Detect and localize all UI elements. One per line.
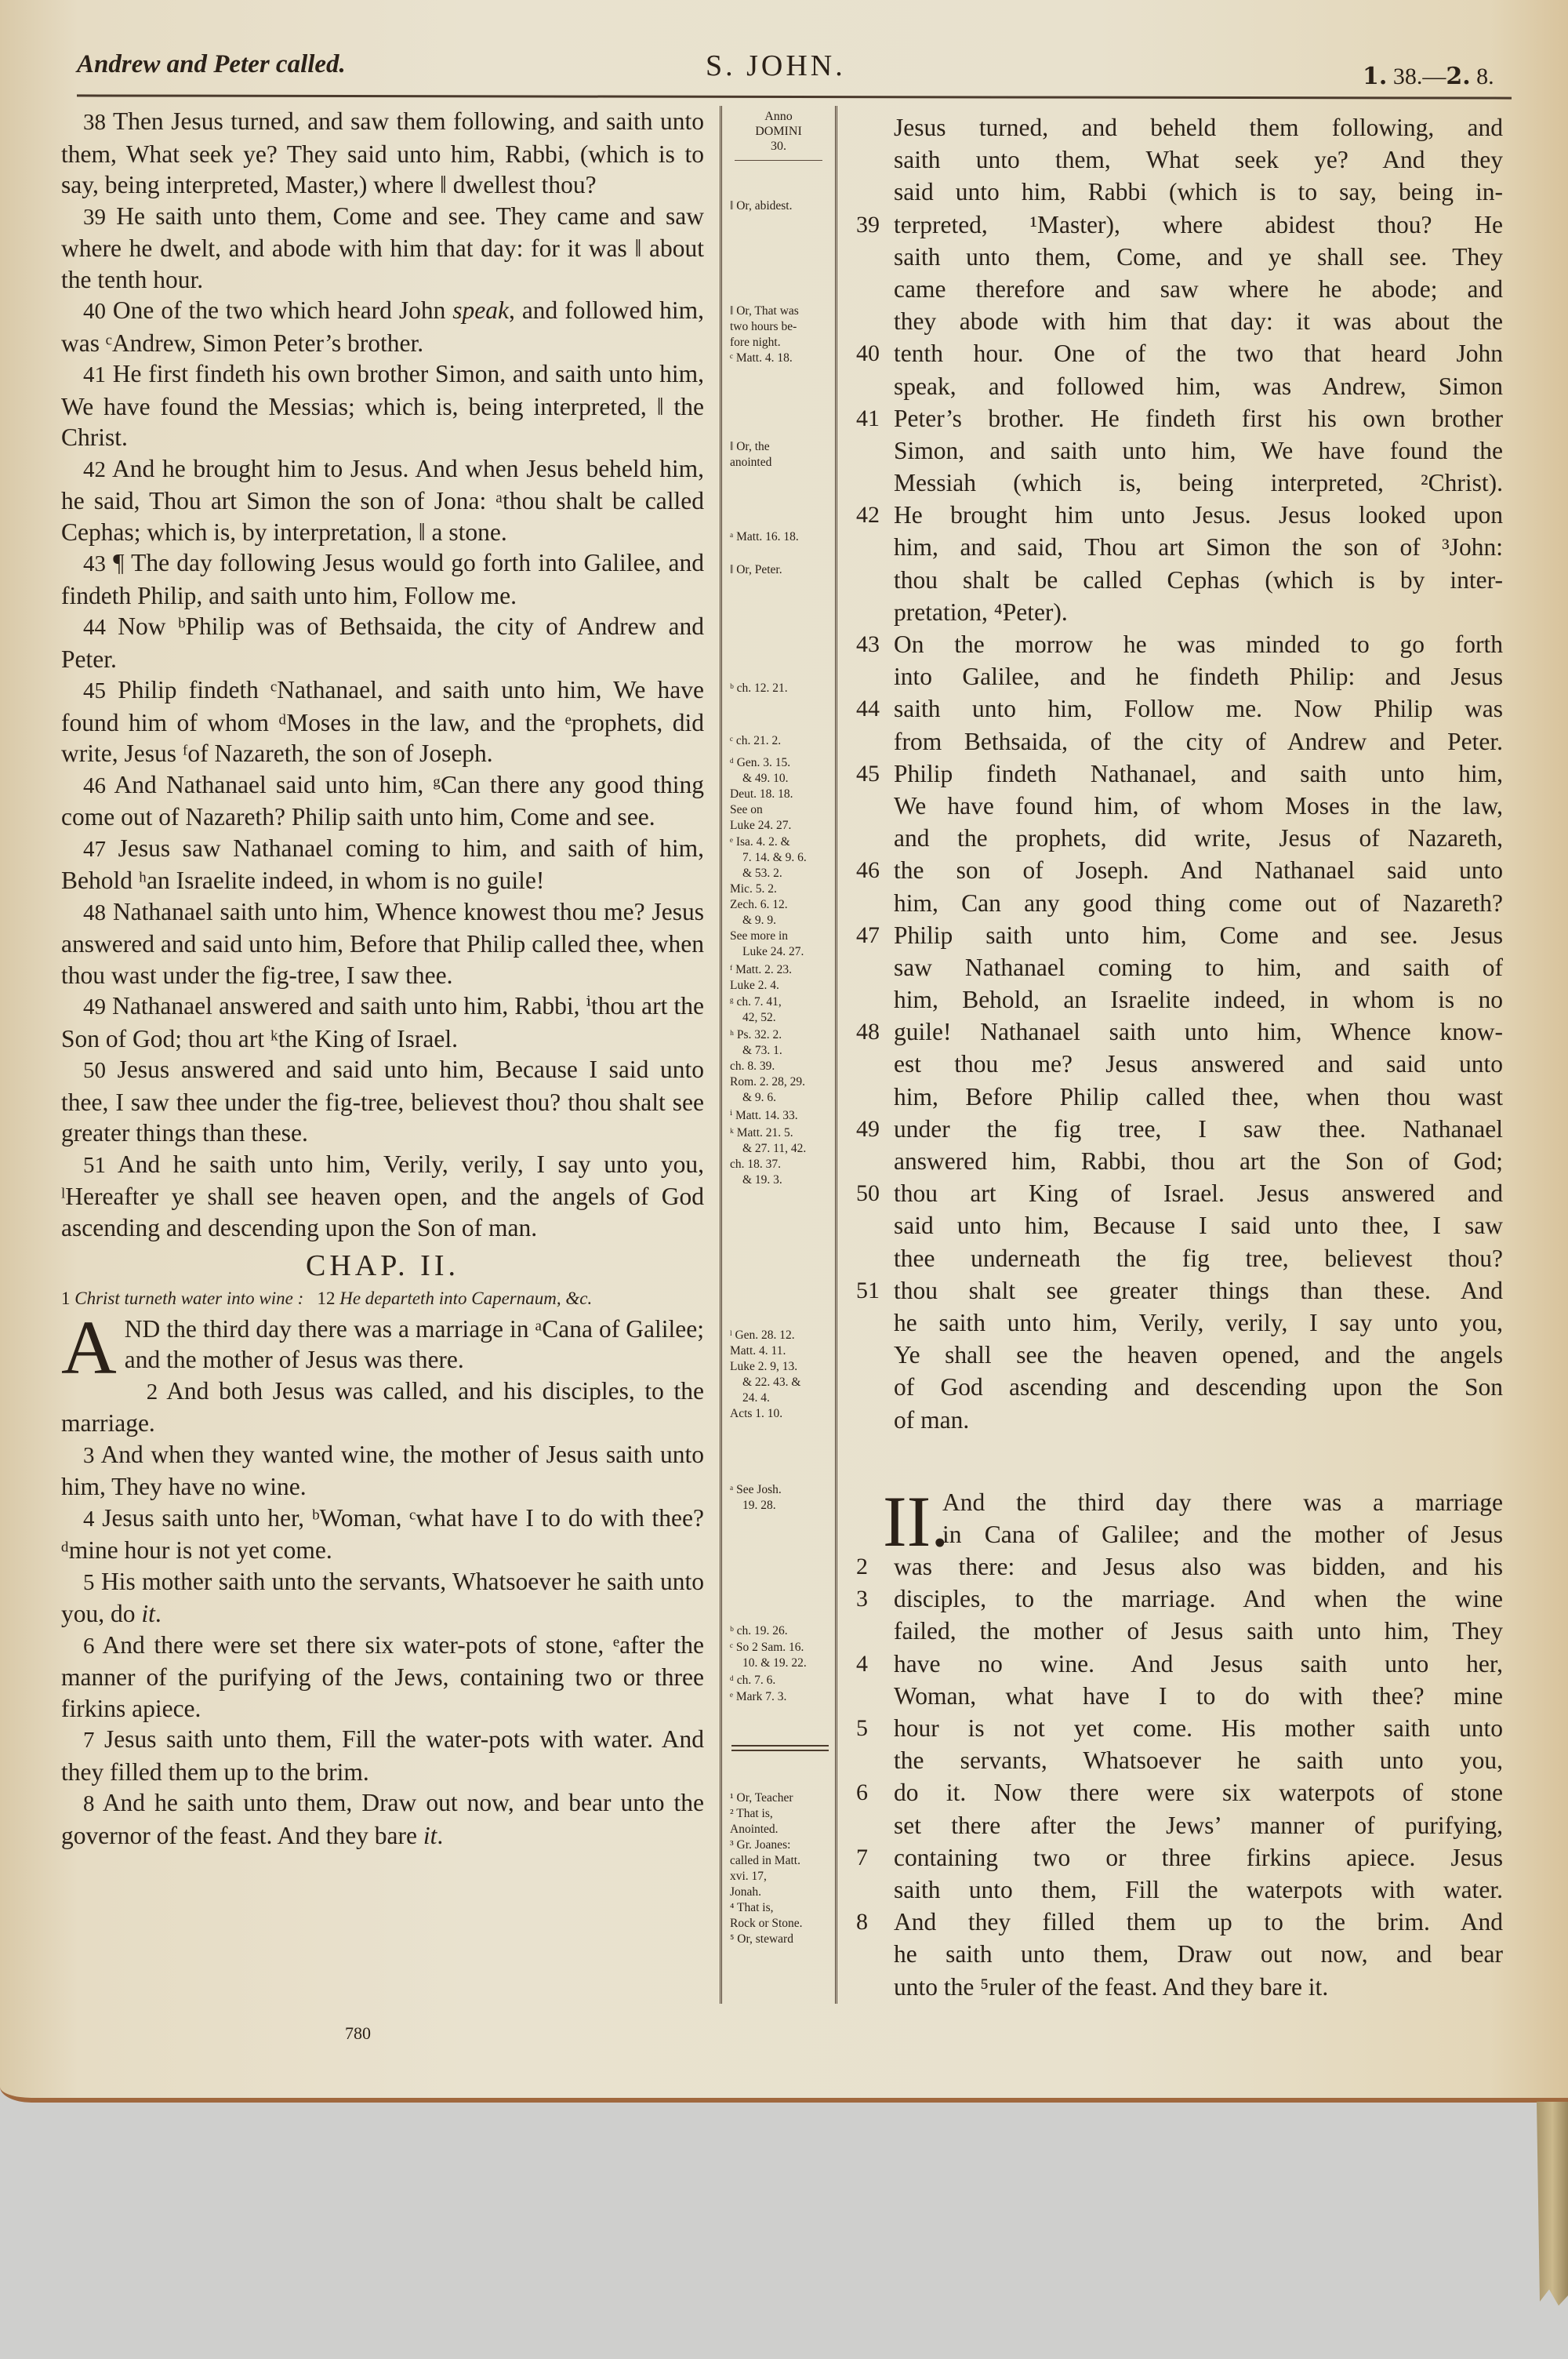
verse-number: 43 — [83, 551, 106, 576]
verse-number: 39 — [83, 205, 106, 230]
reference-line: 7. 14. & 9. 6. — [730, 850, 833, 866]
line-text: pretation, ⁴Peter). — [894, 598, 1068, 626]
reference-line: Luke 2. 4. — [730, 978, 833, 994]
line-text: saith unto them, Come, and ye shall see.… — [894, 243, 1503, 271]
line-text: est thou me? Jesus answered and said unt… — [894, 1050, 1503, 1078]
line-text: into Galilee, and he findeth Philip: and… — [894, 663, 1503, 690]
anno-label: Anno — [735, 109, 822, 124]
reference-line: ³ Gr. Joanes: — [730, 1837, 833, 1853]
verse-text: One of the two which heard John — [113, 296, 452, 324]
reference-line: Matt. 4. 11. — [730, 1343, 833, 1359]
reference-line: ˡ Gen. 28. 12. — [730, 1328, 833, 1343]
line-text: Ye shall see the heaven opened, and the … — [894, 1341, 1503, 1369]
reference-note: ᵇ ch. 19. 26. — [730, 1623, 833, 1639]
reference-line: & 9. 9. — [730, 913, 833, 929]
verse-text: And both Jesus was called, and his disci… — [61, 1377, 704, 1438]
line-text: the son of Joseph. And Nathanael said un… — [894, 856, 1503, 884]
reference-note: ᵏ Matt. 21. 5. & 27. 11, 42.ch. 18. 37. … — [730, 1125, 833, 1188]
line-text: the servants, Whatsoever he saith unto y… — [894, 1747, 1503, 1774]
text-line: he saith unto him, Verily, verily, I say… — [856, 1307, 1503, 1339]
text-line: thou shalt be called Cephas (which is by… — [856, 564, 1503, 596]
reference-line: Rom. 2. 28, 29. — [730, 1074, 833, 1090]
reference-line: Rock or Stone. — [730, 1916, 833, 1932]
verse: 45 Philip findeth ᶜNathanael, and saith … — [61, 674, 704, 769]
range-chapter-end: 2. — [1446, 63, 1470, 90]
verse-number: 38 — [83, 110, 106, 135]
reference-line: 19. 28. — [730, 1498, 833, 1514]
line-text: him, and said, Thou art Simon the son of… — [894, 533, 1503, 561]
reference-line: & 53. 2. — [730, 866, 833, 881]
text-line: 49under the fig tree, I saw thee. Nathan… — [856, 1113, 1503, 1145]
verse: 50 Jesus answered and said unto him, Bec… — [61, 1054, 704, 1149]
verse-text: And he saith unto him, Verily, verily, I… — [61, 1150, 704, 1241]
verse-text: And he brought him to Jesus. And when Je… — [61, 455, 704, 546]
line-text: Simon, and saith unto him, We have found… — [894, 437, 1503, 464]
line-text: in Cana of Galilee; and the mother of Je… — [942, 1521, 1503, 1548]
text-line: him, Before Philip called thee, when tho… — [856, 1081, 1503, 1113]
verse: 48 Nathanael saith unto him, Whence know… — [61, 896, 704, 991]
line-text: speak, and followed him, was Andrew, Sim… — [894, 373, 1503, 400]
verse-italic: it — [423, 1822, 437, 1849]
range-verse-end: 8. — [1471, 64, 1494, 89]
verse-text: Jesus answered and said unto him, Becaus… — [61, 1056, 704, 1147]
reference-line: ᶠ Matt. 2. 23. — [730, 962, 833, 978]
reference-line: & 19. 3. — [730, 1172, 833, 1188]
reference-line: ᵇ ch. 19. 26. — [730, 1623, 833, 1639]
verse-number: 45 — [83, 678, 106, 703]
reference-note: ᵉ Mark 7. 3. — [730, 1689, 833, 1705]
verse-text: Then Jesus turned, and saw them followin… — [61, 107, 704, 198]
reference-line: ᵍ ch. 7. 41, — [730, 994, 833, 1010]
reference-line: ᵈ ch. 7. 6. — [730, 1673, 833, 1688]
verse-number: 46 — [83, 773, 106, 798]
verse-number: 7 — [856, 1841, 868, 1874]
reference-line: Mic. 5. 2. — [730, 881, 833, 897]
line-text: saith unto him, Follow me. Now Philip wa… — [894, 695, 1503, 722]
text-line: answered him, Rabbi, thou art the Son of… — [856, 1145, 1503, 1177]
verse-number: 48 — [856, 1016, 880, 1048]
verse-text: . — [155, 1600, 162, 1627]
verse-number: 51 — [856, 1274, 880, 1307]
line-text: under the fig tree, I saw thee. Nathanae… — [894, 1115, 1503, 1143]
range-verse-start: 38.— — [1387, 64, 1446, 89]
reference-line: Luke 24. 27. — [730, 818, 833, 834]
verse-number: 8 — [856, 1906, 868, 1938]
line-text: terpreted, ¹Master), where abidest thou?… — [894, 211, 1503, 238]
verse-range: 1. 38.—2. 8. — [1363, 63, 1494, 90]
text-line: 5hour is not yet come. His mother saith … — [856, 1712, 1503, 1744]
reference-note: ᵍ ch. 7. 41, 42, 52. — [730, 994, 833, 1026]
verse-italic: speak — [452, 296, 509, 324]
verse-text: Jesus saw Nathanael coming to him, and s… — [61, 834, 704, 895]
line-text: thee underneath the fig tree, believest … — [894, 1245, 1503, 1272]
verse: 40 One of the two which heard John speak… — [61, 295, 704, 358]
reference-line: ⁴ That is, — [730, 1900, 833, 1916]
reference-line: ᵃ Matt. 16. 18. — [730, 529, 833, 545]
verse-text: And there were set there six water-pots … — [61, 1631, 704, 1722]
domini-label: DOMINI — [735, 124, 822, 139]
verse-number: 3 — [856, 1583, 868, 1615]
line-text: containing two or three firkins apiece. … — [894, 1844, 1503, 1871]
text-line: set there after the Jews’ manner of puri… — [856, 1809, 1503, 1841]
verse-text: Philip findeth ᶜNathanael, and saith unt… — [61, 676, 704, 767]
verse: 2 And both Jesus was called, and his dis… — [61, 1376, 704, 1439]
text-line: him, Can any good thing come out of Naza… — [856, 887, 1503, 919]
text-line: 41Peter’s brother. He findeth first his … — [856, 402, 1503, 434]
text-line: of God ascending and descending upon the… — [856, 1371, 1503, 1403]
reference-note: ᵃ See Josh. 19. 28. — [730, 1482, 833, 1514]
text-line: Jesus turned, and beheld them following,… — [856, 111, 1503, 144]
verse: 8 And he saith unto them, Draw out now, … — [61, 1787, 704, 1851]
verse-number: 47 — [83, 837, 106, 862]
verse: 4 Jesus saith unto her, ᵇWoman, ᶜwhat ha… — [61, 1503, 704, 1566]
text-line: 42He brought him unto Jesus. Jesus looke… — [856, 499, 1503, 531]
text-line: in Cana of Galilee; and the mother of Je… — [856, 1518, 1503, 1550]
verse-number: 2 — [147, 1379, 158, 1405]
text-line: saw Nathanael coming to him, and saith o… — [856, 951, 1503, 983]
chapter2-lines: And the third day there was a marriagein… — [856, 1486, 1503, 2003]
verse: 43 ¶ The day following Jesus would go fo… — [61, 547, 704, 611]
reference-line: Acts 1. 10. — [730, 1406, 833, 1422]
reference-line: two hours be- — [730, 319, 833, 335]
summary-verse-number: 12 — [317, 1289, 335, 1308]
reference-line: Jonah. — [730, 1885, 833, 1900]
text-line: 8And they filled them up to the brim. An… — [856, 1906, 1503, 1938]
verse-text: Jesus saith unto them, Fill the water-po… — [61, 1725, 704, 1786]
line-text: him, Can any good thing come out of Naza… — [894, 889, 1503, 917]
text-line: the servants, Whatsoever he saith unto y… — [856, 1744, 1503, 1776]
text-line: 4have no wine. And Jesus saith unto her, — [856, 1648, 1503, 1680]
reference-line: ‖ Or, abidest. — [730, 198, 833, 214]
line-text: We have found him, of whom Moses in the … — [894, 792, 1503, 820]
page-topic-title: Andrew and Peter called. — [77, 50, 346, 79]
reference-line: xvi. 17, — [730, 1869, 833, 1885]
reference-line: ᵉ Mark 7. 3. — [730, 1689, 833, 1705]
text-line: And the third day there was a marriage — [856, 1486, 1503, 1518]
verse-number: 4 — [83, 1507, 95, 1532]
reference-line: ᶜ ch. 21. 2. — [730, 733, 833, 749]
verse-number: 4 — [856, 1648, 868, 1680]
reference-note: ʰ Ps. 32. 2. & 73. 1.ch. 8. 39.Rom. 2. 2… — [730, 1027, 833, 1106]
running-head: Andrew and Peter called. S. JOHN. 1. 38.… — [0, 45, 1568, 93]
verse: 47 Jesus saw Nathanael coming to him, an… — [61, 833, 704, 896]
verse-number: 5 — [83, 1570, 95, 1595]
text-line: said unto him, Rabbi (which is to say, b… — [856, 176, 1503, 208]
reference-line: ʰ Ps. 32. 2. — [730, 1027, 833, 1043]
verse-italic: it — [141, 1600, 155, 1627]
text-line: Messiah (which is, being interpreted, ²C… — [856, 467, 1503, 499]
reference-line: 24. 4. — [730, 1390, 833, 1406]
line-text: him, Behold, an Israelite indeed, in who… — [894, 986, 1503, 1013]
text-line: 48guile! Nathanael saith unto him, Whenc… — [856, 1016, 1503, 1048]
line-text: have no wine. And Jesus saith unto her, — [894, 1650, 1503, 1677]
text-line: saith unto them, What seek ye? And they — [856, 144, 1503, 176]
verse: AND the third day there was a marriage i… — [61, 1314, 704, 1376]
reference-note: ⁱ Matt. 14. 33. — [730, 1108, 833, 1124]
reference-line: ᶜ Matt. 4. 18. — [730, 351, 833, 366]
text-line: 40tenth hour. One of the two that heard … — [856, 337, 1503, 369]
verse-number: 49 — [856, 1113, 880, 1145]
verse-text: ND the third day there was a marriage in… — [125, 1315, 704, 1374]
verse: 39 He saith unto them, Come and see. The… — [61, 201, 704, 296]
verse: 51 And he saith unto him, Verily, verily… — [61, 1149, 704, 1244]
line-text: He brought him unto Jesus. Jesus looked … — [894, 501, 1503, 529]
reference-note: ‖ Or, abidest. — [730, 198, 833, 214]
line-text: him, Before Philip called thee, when tho… — [894, 1083, 1503, 1110]
chapter2-block: II. And the third day there was a marria… — [856, 1486, 1503, 2003]
text-line: We have found him, of whom Moses in the … — [856, 790, 1503, 822]
verse: 44 Now ᵇPhilip was of Bethsaida, the cit… — [61, 611, 704, 674]
text-line: Simon, and saith unto him, We have found… — [856, 434, 1503, 467]
verse-number: 50 — [83, 1058, 106, 1083]
line-text: answered him, Rabbi, thou art the Son of… — [894, 1147, 1503, 1175]
chapter-heading: CHAP. II. — [61, 1251, 704, 1282]
reference-line: Anointed. — [730, 1822, 833, 1837]
verse-number: 43 — [856, 628, 880, 660]
verse-text: And he saith unto them, Draw out now, an… — [61, 1789, 704, 1849]
reference-line: & 9. 6. — [730, 1090, 833, 1106]
line-text: thou shalt see greater things than these… — [894, 1277, 1503, 1304]
text-line: they abode with him that day: it was abo… — [856, 305, 1503, 337]
text-line: failed, the mother of Jesus saith unto h… — [856, 1615, 1503, 1647]
verse-number: 42 — [856, 499, 880, 531]
line-text: guile! Nathanael saith unto him, Whence … — [894, 1018, 1503, 1045]
verse-text: He first findeth his own brother Simon, … — [61, 360, 704, 451]
text-line: 3disciples, to the marriage. And when th… — [856, 1583, 1503, 1615]
verse: 5 His mother saith unto the servants, Wh… — [61, 1566, 704, 1630]
line-text: tenth hour. One of the two that heard Jo… — [894, 340, 1503, 367]
reference-line: Zech. 6. 12. — [730, 897, 833, 913]
text-line: said unto him, Because I said unto thee,… — [856, 1209, 1503, 1241]
verse-number: 3 — [83, 1443, 95, 1468]
reference-line: ‖ Or, That was — [730, 304, 833, 319]
verse-number: 49 — [83, 994, 106, 1020]
reference-line: ⁵ Or, steward — [730, 1932, 833, 1947]
drop-cap: A — [61, 1317, 117, 1379]
verse-text: And when they wanted wine, the mother of… — [61, 1441, 704, 1501]
text-line: 6do it. Now there were six waterpots of … — [856, 1776, 1503, 1808]
line-text: thou shalt be called Cephas (which is by… — [894, 566, 1503, 594]
reference-note: ᵈ ch. 7. 6. — [730, 1673, 833, 1688]
verse-text: Nathanael answered and saith unto him, R… — [61, 992, 704, 1052]
line-text: saith unto them, What seek ye? And they — [894, 146, 1503, 173]
reference-line: See on — [730, 802, 833, 818]
line-text: they abode with him that day: it was abo… — [894, 307, 1503, 335]
book-title: S. JOHN. — [706, 49, 846, 83]
reference-line: & 49. 10. — [730, 771, 833, 787]
line-text: came therefore and saw where he abode; a… — [894, 275, 1503, 303]
text-line: from Bethsaida, of the city of Andrew an… — [856, 725, 1503, 758]
reference-line: ᶜ So 2 Sam. 16. — [730, 1640, 833, 1656]
verse-number: 7 — [83, 1728, 95, 1753]
bookmark-ribbon — [1537, 2102, 1568, 2306]
text-line: thee underneath the fig tree, believest … — [856, 1242, 1503, 1274]
reference-line: called in Matt. — [730, 1853, 833, 1869]
verse: 46 And Nathanael said unto him, ᵍCan the… — [61, 769, 704, 833]
verse-number: 44 — [856, 692, 880, 725]
line-text: of God ascending and descending upon the… — [894, 1373, 1503, 1401]
verse: 3 And when they wanted wine, the mother … — [61, 1439, 704, 1503]
text-line: him, and said, Thou art Simon the son of… — [856, 531, 1503, 563]
reference-line: ᵈ Gen. 3. 15. — [730, 755, 833, 771]
line-text: Philip findeth Nathanael, and saith unto… — [894, 760, 1503, 787]
verse-text: He saith unto them, Come and see. They c… — [61, 202, 704, 293]
chapter-summary: 1 Christ turneth water into wine : 12 He… — [61, 1287, 704, 1310]
verse-number: 46 — [856, 854, 880, 886]
reference-note: ᵇ ch. 12. 21. — [730, 681, 833, 696]
reference-note: ᵉ Isa. 4. 2. & 7. 14. & 9. 6. & 53. 2.Mi… — [730, 834, 833, 960]
text-line: him, Behold, an Israelite indeed, in who… — [856, 983, 1503, 1016]
text-line: 47Philip saith unto him, Come and see. J… — [856, 919, 1503, 951]
reference-line: ᵏ Matt. 21. 5. — [730, 1125, 833, 1141]
reference-line: Luke 2. 9, 13. — [730, 1359, 833, 1375]
reference-line: anointed — [730, 455, 833, 471]
reference-line: ⁱ Matt. 14. 33. — [730, 1108, 833, 1124]
reference-line: Deut. 18. 18. — [730, 787, 833, 802]
reference-line: ᵉ Isa. 4. 2. & — [730, 834, 833, 850]
chapter1-lines: Jesus turned, and beheld them following,… — [856, 111, 1503, 1436]
text-line: into Galilee, and he findeth Philip: and… — [856, 660, 1503, 692]
line-text: unto the ⁵ruler of the feast. And they b… — [894, 1973, 1328, 2001]
reference-note: ¹ Or, Teacher² That is,Anointed.³ Gr. Jo… — [730, 1790, 833, 1947]
text-line: 43On the morrow he was minded to go fort… — [856, 628, 1503, 660]
text-line: 7containing two or three firkins apiece.… — [856, 1841, 1503, 1874]
text-line: and the prophets, did write, Jesus of Na… — [856, 822, 1503, 854]
verse-number: 47 — [856, 919, 880, 951]
line-text: disciples, to the marriage. And when the… — [894, 1585, 1503, 1612]
verse-number: 44 — [83, 615, 106, 640]
verse-number: 48 — [83, 900, 106, 925]
reference-line: ‖ Or, the — [730, 439, 833, 455]
line-text: from Bethsaida, of the city of Andrew an… — [894, 728, 1503, 755]
text-line: came therefore and saw where he abode; a… — [856, 273, 1503, 305]
kjv-column: 38 Then Jesus turned, and saw them follo… — [61, 106, 704, 1851]
reference-line: & 22. 43. & — [730, 1375, 833, 1390]
verse: 41 He first findeth his own brother Simo… — [61, 358, 704, 453]
verse-number: 41 — [83, 362, 106, 387]
reference-note: ᶠ Matt. 2. 23.Luke 2. 4. — [730, 962, 833, 994]
verse-number: 41 — [856, 402, 880, 434]
verse-number: 2 — [856, 1550, 868, 1583]
line-text: said unto him, Because I said unto thee,… — [894, 1212, 1503, 1239]
verse-number: 5 — [856, 1712, 868, 1744]
line-text: thou art King of Israel. Jesus answered … — [894, 1179, 1503, 1207]
text-line: 45Philip findeth Nathanael, and saith un… — [856, 758, 1503, 790]
text-line: 46the son of Joseph. And Nathanael said … — [856, 854, 1503, 886]
revised-version-column: Jesus turned, and beheld them following,… — [856, 111, 1503, 2003]
text-line: 44saith unto him, Follow me. Now Philip … — [856, 692, 1503, 725]
range-chapter-start: 1. — [1363, 63, 1387, 90]
verse: 38 Then Jesus turned, and saw them follo… — [61, 106, 704, 201]
line-text: Peter’s brother. He findeth first his ow… — [894, 405, 1503, 432]
text-line: speak, and followed him, was Andrew, Sim… — [856, 370, 1503, 402]
line-text: and the prophets, did write, Jesus of Na… — [894, 824, 1503, 852]
reference-line: ch. 8. 39. — [730, 1059, 833, 1074]
reference-line: ² That is, — [730, 1806, 833, 1822]
summary-text: He departeth into Capernaum, &c. — [339, 1289, 592, 1308]
text-line: saith unto them, Come, and ye shall see.… — [856, 241, 1503, 273]
reference-note: ˡ Gen. 28. 12.Matt. 4. 11.Luke 2. 9, 13.… — [730, 1328, 833, 1422]
reference-line: & 73. 1. — [730, 1043, 833, 1059]
reference-line: fore night. — [730, 335, 833, 351]
line-text: he saith unto them, Draw out now, and be… — [894, 1940, 1503, 1968]
line-text: do it. Now there were six waterpots of s… — [894, 1779, 1503, 1806]
reference-note: ᶜ ch. 21. 2. — [730, 733, 833, 749]
text-line: pretation, ⁴Peter). — [856, 596, 1503, 628]
verse: 6 And there were set there six water-pot… — [61, 1630, 704, 1725]
line-text: saw Nathanael coming to him, and saith o… — [894, 954, 1503, 981]
verse-text: And Nathanael said unto him, ᵍCan there … — [61, 771, 704, 831]
anno-domini: Anno DOMINI 30. — [735, 109, 822, 161]
line-text: Messiah (which is, being interpreted, ²C… — [894, 469, 1503, 496]
verse-number: 40 — [83, 299, 106, 324]
page-number: 780 — [345, 2023, 371, 2044]
verse: 42 And he brought him to Jesus. And when… — [61, 453, 704, 548]
line-text: On the morrow he was minded to go forth — [894, 631, 1503, 658]
line-text: And the third day there was a marriage — [942, 1488, 1503, 1516]
marginal-references: Anno DOMINI 30. ‖ Or, abidest.‖ Or, That… — [720, 106, 837, 2004]
verse-text: . — [437, 1822, 443, 1849]
verse-text: Nathanael saith unto him, Whence knowest… — [61, 898, 704, 989]
reference-line: See more in — [730, 929, 833, 944]
text-line: saith unto them, Fill the waterpots with… — [856, 1874, 1503, 1906]
line-text: of man. — [894, 1406, 969, 1434]
verse-number: 6 — [83, 1634, 95, 1659]
verse-number: 6 — [856, 1776, 868, 1808]
line-text: hour is not yet come. His mother saith u… — [894, 1714, 1503, 1742]
text-line: 51thou shalt see greater things than the… — [856, 1274, 1503, 1307]
verse-text: Now ᵇPhilip was of Bethsaida, the city o… — [61, 612, 704, 673]
verse-text: ¶ The day following Jesus would go forth… — [61, 549, 704, 609]
text-line: Woman, what have I to do with thee? mine — [856, 1680, 1503, 1712]
line-text: was there: and Jesus also was bidden, an… — [894, 1553, 1503, 1580]
verse: 7 Jesus saith unto them, Fill the water-… — [61, 1724, 704, 1787]
line-text: set there after the Jews’ manner of puri… — [894, 1812, 1503, 1839]
reference-note: ‖ Or, Peter. — [730, 562, 833, 578]
summary-text: Christ turneth water into wine : — [74, 1289, 303, 1308]
line-text: And they filled them up to the brim. And — [894, 1908, 1503, 1936]
verse-number: 51 — [83, 1153, 106, 1178]
reference-line: ᵃ See Josh. — [730, 1482, 833, 1498]
bible-page: Andrew and Peter called. S. JOHN. 1. 38.… — [0, 0, 1568, 2103]
reference-line: Luke 24. 27. — [730, 944, 833, 960]
reference-note: ‖ Or, theanointed — [730, 439, 833, 471]
line-text: said unto him, Rabbi (which is to say, b… — [894, 178, 1503, 205]
notes-divider — [731, 1745, 829, 1751]
reference-line: 42, 52. — [730, 1010, 833, 1026]
text-line: Ye shall see the heaven opened, and the … — [856, 1339, 1503, 1371]
verse: 49 Nathanael answered and saith unto him… — [61, 990, 704, 1054]
reference-line: 10. & 19. 22. — [730, 1656, 833, 1671]
text-line: 39terpreted, ¹Master), where abidest tho… — [856, 209, 1503, 241]
text-line: he saith unto them, Draw out now, and be… — [856, 1938, 1503, 1970]
text-line: 2was there: and Jesus also was bidden, a… — [856, 1550, 1503, 1583]
line-text: saith unto them, Fill the waterpots with… — [894, 1876, 1503, 1903]
chapter-gap — [856, 1436, 1503, 1486]
verse-number: 50 — [856, 1177, 880, 1209]
reference-note: ᶜ Matt. 4. 18. — [730, 351, 833, 366]
verse-number: 45 — [856, 758, 880, 790]
reference-line: ¹ Or, Teacher — [730, 1790, 833, 1806]
summary-verse-number: 1 — [61, 1289, 71, 1308]
line-text: Jesus turned, and beheld them following,… — [894, 114, 1503, 141]
reference-note: ᶜ So 2 Sam. 16. 10. & 19. 22. — [730, 1640, 833, 1671]
reference-note: ‖ Or, That wastwo hours be-fore night. — [730, 304, 833, 351]
line-text: Philip saith unto him, Come and see. Jes… — [894, 921, 1503, 949]
verse-text: Jesus saith unto her, ᵇWoman, ᶜwhat have… — [61, 1504, 704, 1565]
year-label: 30. — [735, 139, 822, 154]
verse-number: 8 — [83, 1791, 95, 1816]
